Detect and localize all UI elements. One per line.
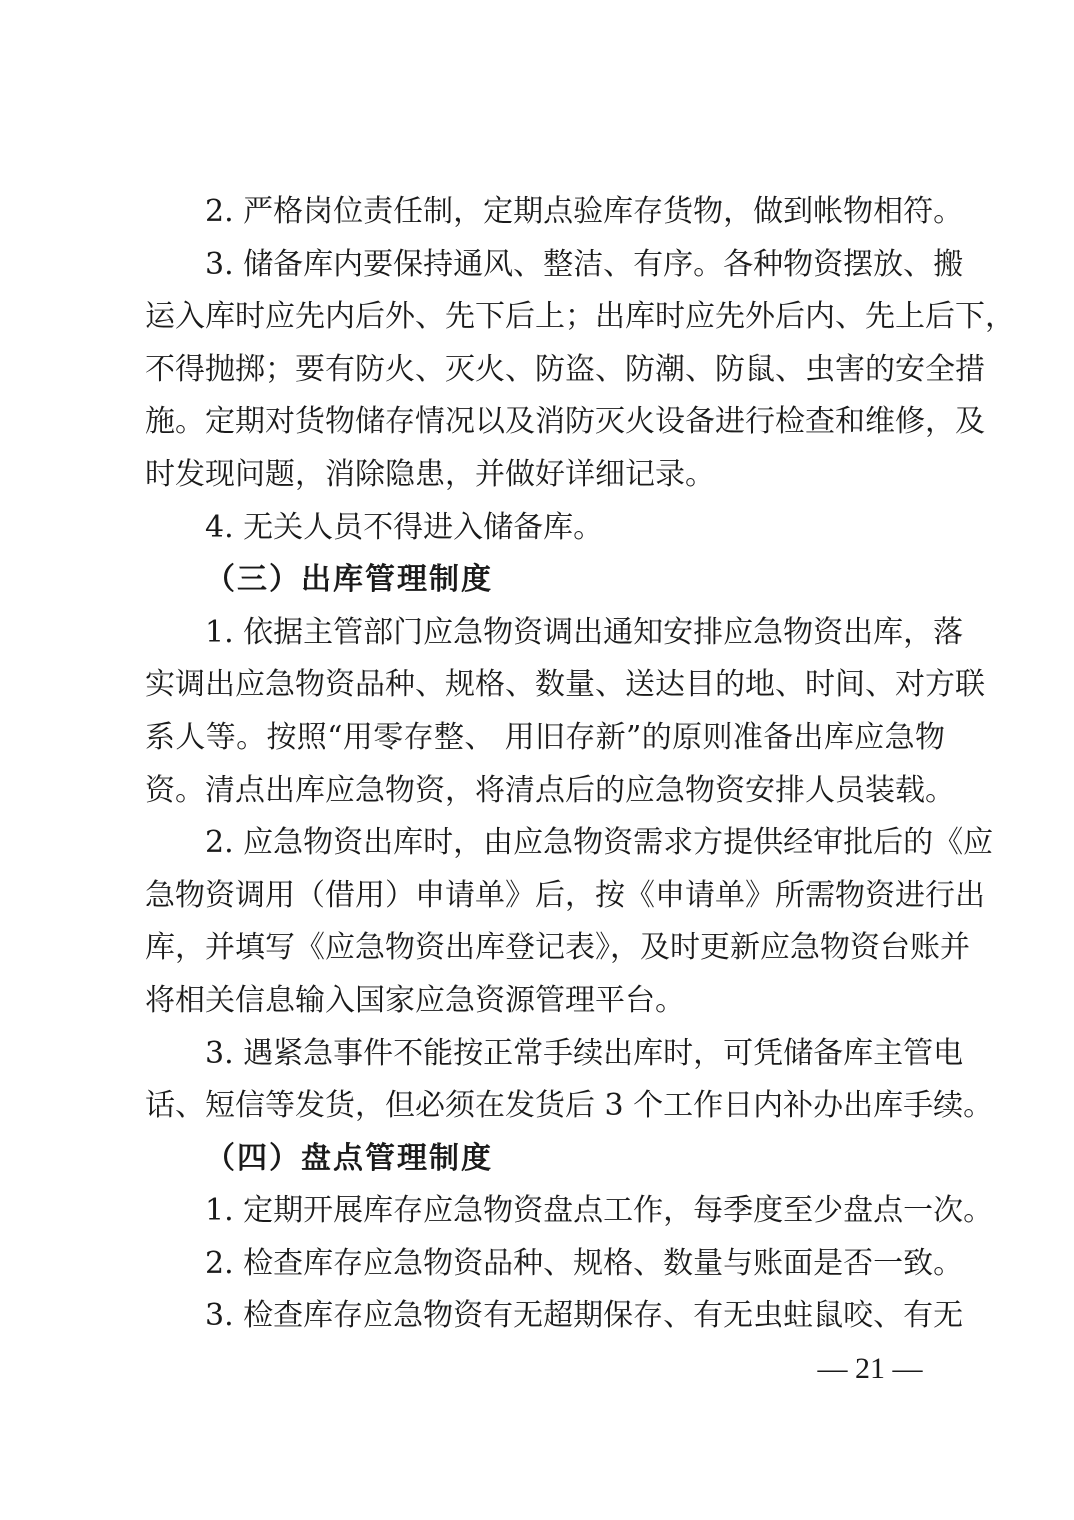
paragraph-line: 库，并填写《应急物资出库登记表》，及时更新应急物资台账并	[145, 922, 945, 975]
paragraph-line: 资。清点出库应急物资，将清点后的应急物资安排人员装载。	[145, 765, 945, 818]
paragraph-line: 不得抛掷；要有防火、灭火、防盗、防潮、防鼠、虫害的安全措	[145, 344, 945, 397]
paragraph-line: 系人等。按照“用零存整、 用旧存新”的原则准备出库应急物	[145, 712, 945, 765]
paragraph-line: 2. 严格岗位责任制，定期点验库存货物，做到帐物相符。	[145, 186, 945, 239]
section-heading: （三）出库管理制度	[145, 554, 945, 607]
paragraph-line: 运入库时应先内后外、先下后上；出库时应先外后内、先上后下，	[145, 291, 945, 344]
paragraph-line: 时发现问题，消除隐患，并做好详细记录。	[145, 449, 945, 502]
paragraph-line: 急物资调用（借用）申请单》后，按《申请单》所需物资进行出	[145, 870, 945, 923]
paragraph-line: 4. 无关人员不得进入储备库。	[145, 502, 945, 555]
paragraph-line: 3. 储备库内要保持通风、整洁、有序。各种物资摆放、搬	[145, 239, 945, 292]
paragraph-line: 3. 遇紧急事件不能按正常手续出库时，可凭储备库主管电	[145, 1028, 945, 1081]
paragraph-line: 将相关信息输入国家应急资源管理平台。	[145, 975, 945, 1028]
paragraph-line: 2. 应急物资出库时，由应急物资需求方提供经审批后的《应	[145, 817, 945, 870]
paragraph-line: 实调出应急物资品种、规格、数量、送达目的地、时间、对方联	[145, 659, 945, 712]
paragraph-line: 1. 依据主管部门应急物资调出通知安排应急物资出库，落	[145, 607, 945, 660]
document-body: 2. 严格岗位责任制，定期点验库存货物，做到帐物相符。 3. 储备库内要保持通风…	[145, 186, 945, 1343]
paragraph-line: 话、短信等发货，但必须在发货后 3 个工作日内补办出库手续。	[145, 1080, 945, 1133]
paragraph-line: 2. 检查库存应急物资品种、规格、数量与账面是否一致。	[145, 1238, 945, 1291]
paragraph-line: 施。定期对货物储存情况以及消防灭火设备进行检查和维修，及	[145, 396, 945, 449]
section-heading: （四）盘点管理制度	[145, 1133, 945, 1186]
paragraph-line: 3. 检查库存应急物资有无超期保存、有无虫蛀鼠咬、有无	[145, 1290, 945, 1343]
paragraph-line: 1. 定期开展库存应急物资盘点工作，每季度至少盘点一次。	[145, 1185, 945, 1238]
page-number: — 21 —	[815, 1352, 925, 1386]
document-page: 2. 严格岗位责任制，定期点验库存货物，做到帐物相符。 3. 储备库内要保持通风…	[0, 0, 1074, 1520]
